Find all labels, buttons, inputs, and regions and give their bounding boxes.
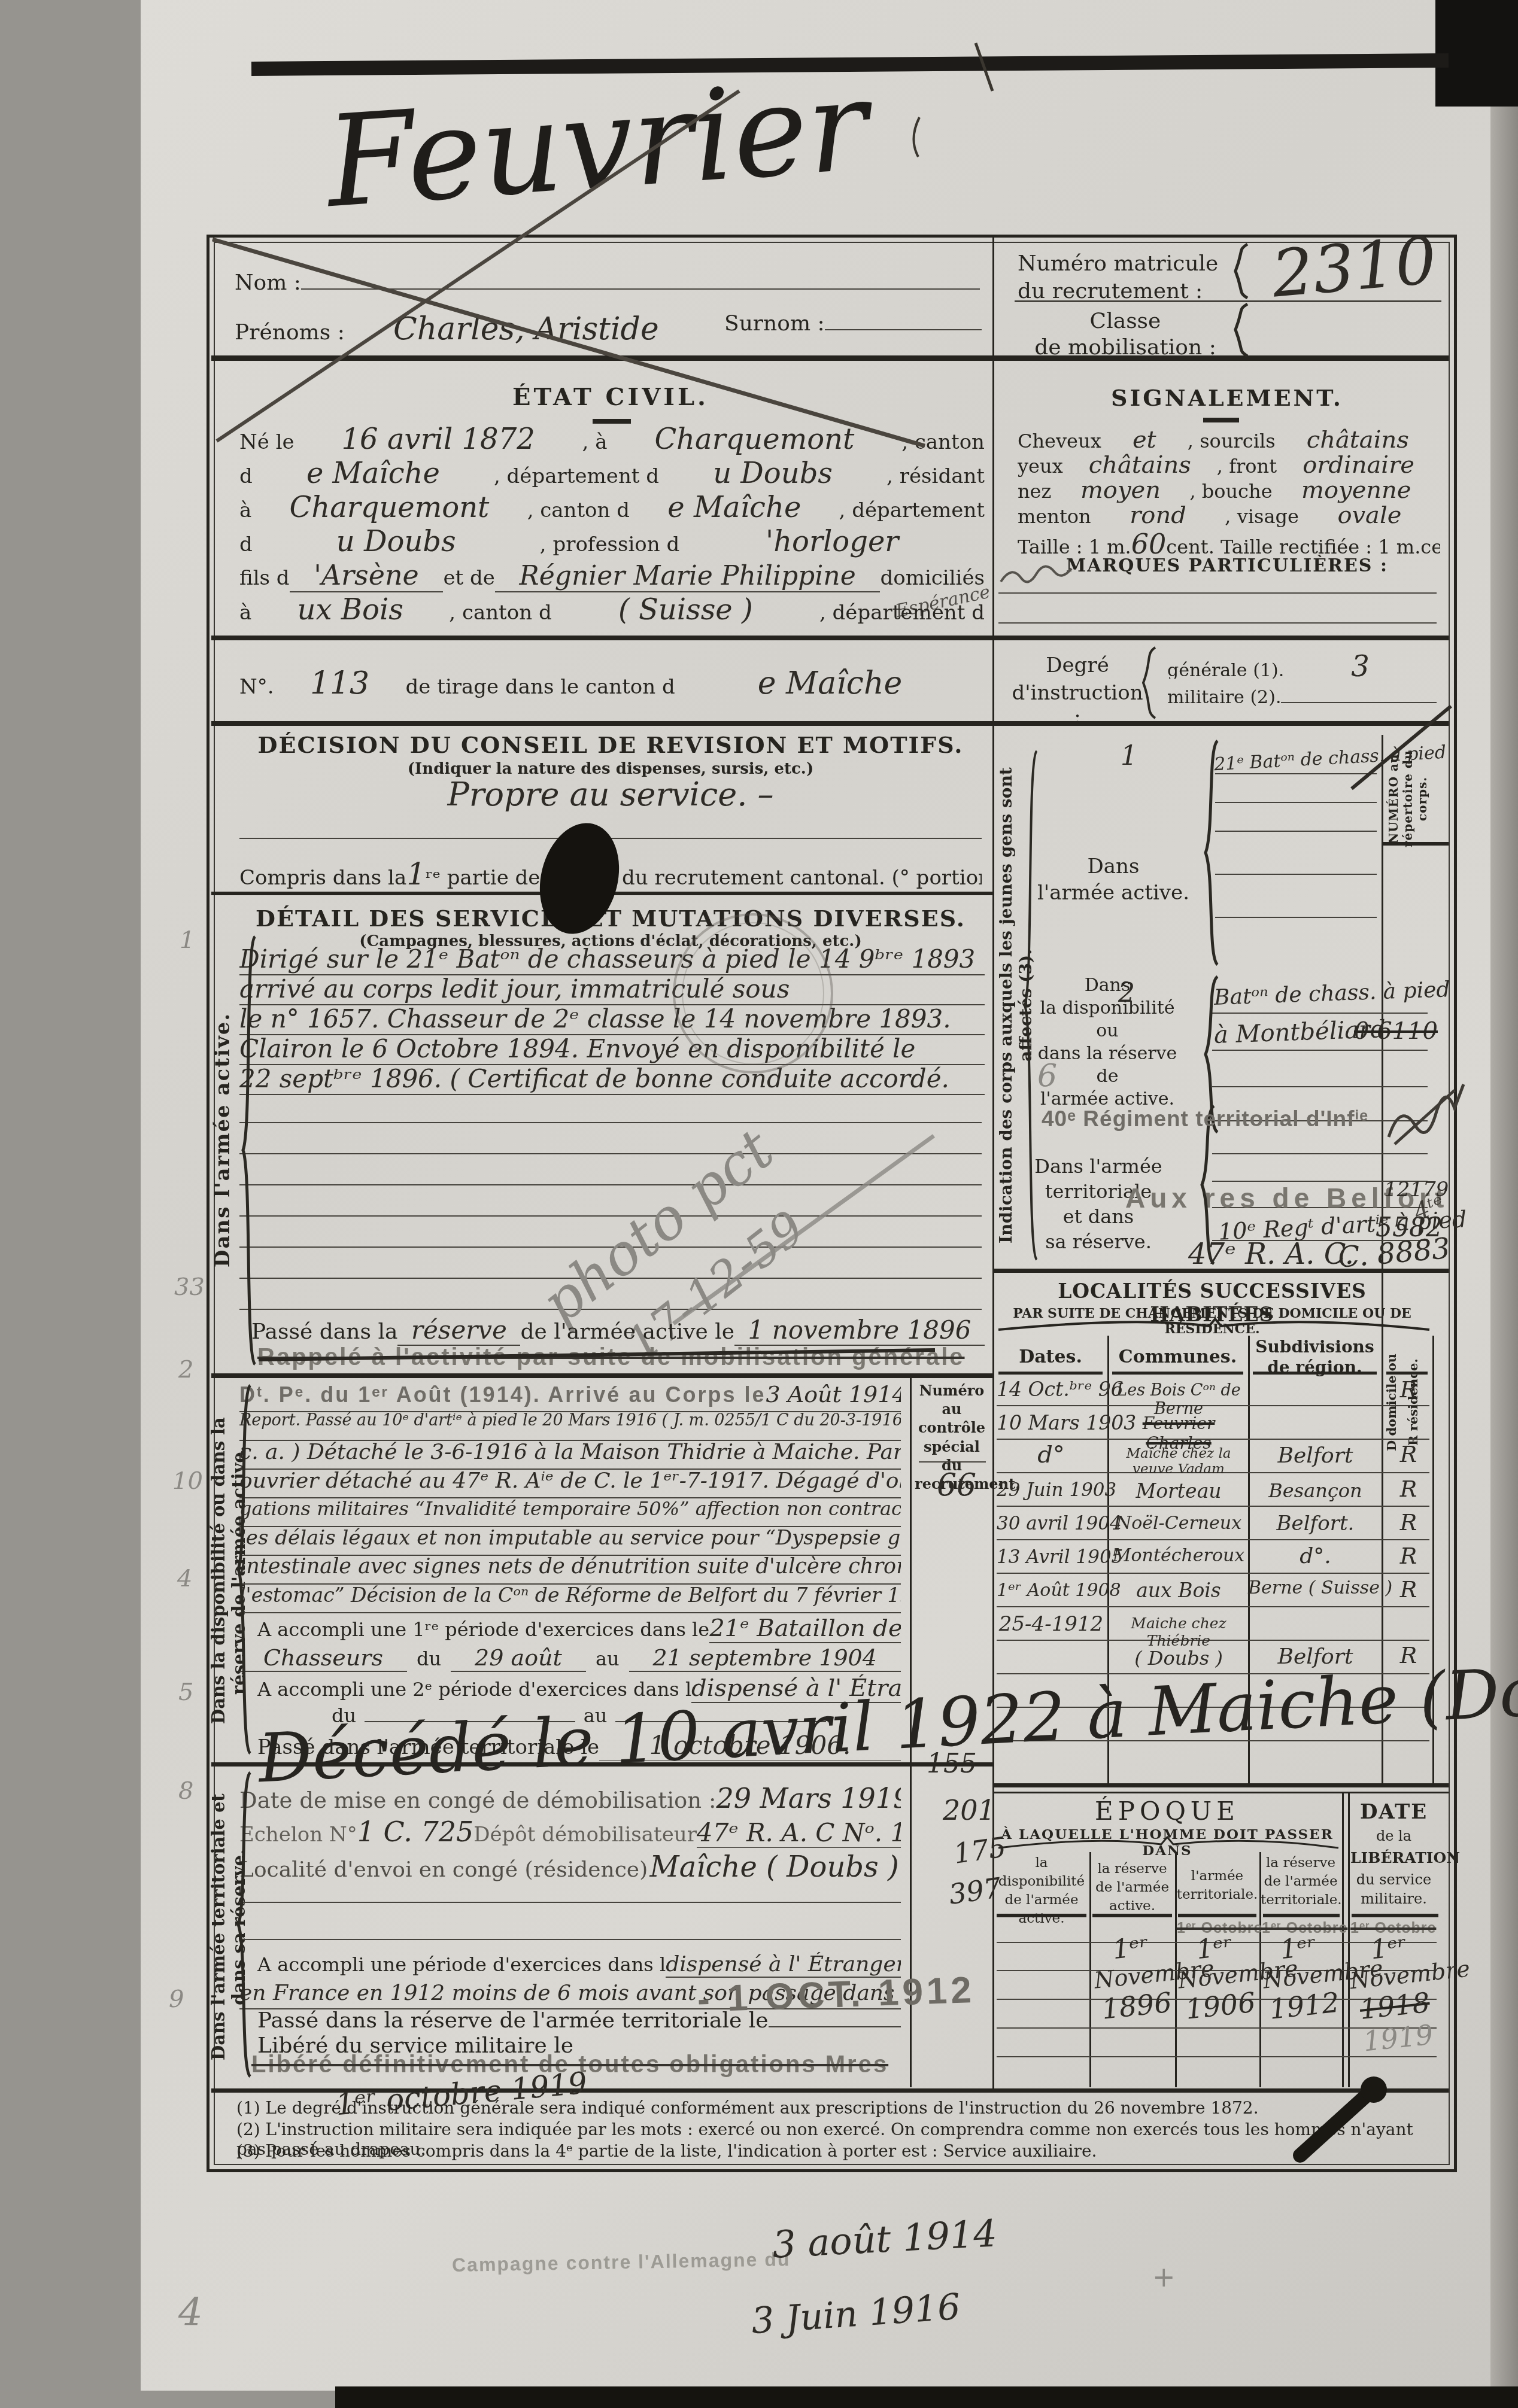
signalement-dash <box>1203 418 1239 422</box>
passe-value-1: réserve <box>397 1315 520 1346</box>
loc-commune: ( Doubs ) <box>1110 1647 1247 1670</box>
svc-line-2: arrivé au corps ledit jour, immatriculé … <box>239 974 985 1005</box>
margin-number-201: 201 <box>943 1794 995 1826</box>
epoque-col-header-3: l'armée territoriale. <box>1176 1867 1258 1904</box>
loc-dr: R <box>1388 1543 1429 1569</box>
svc-empty-rule <box>239 1215 982 1217</box>
periode1b-date2: 21 septembre 1904 <box>629 1644 901 1672</box>
ec-label: , département d <box>494 464 659 488</box>
compris-label-3: ° portion). <box>900 866 982 890</box>
epoque-header-rule <box>997 1914 1086 1917</box>
tirage-number: 113 <box>274 665 406 701</box>
localites-h-communes: Communes. <box>1107 1346 1248 1367</box>
degre-militaire-row: militaire (2). <box>1167 687 1437 713</box>
loc-commune: aux Bois <box>1110 1579 1247 1602</box>
localite-envoi-value: Maîche ( Doubs ) <box>648 1850 901 1884</box>
compris-value: 1 <box>406 857 426 892</box>
nom-row: Nom : <box>235 270 980 305</box>
terr-empty-rule-2 <box>239 1939 901 1940</box>
loc-dr: R <box>1388 1376 1429 1403</box>
surnom-line <box>825 329 982 330</box>
localites-h-dates: Dates. <box>994 1346 1107 1367</box>
ec-label: d <box>239 533 253 557</box>
footnote-3: (3) Pour les hommes compris dans la 4ᵉ p… <box>236 2141 1446 2161</box>
ec-value: 'Arsène <box>290 559 444 592</box>
svc-empty-rule <box>239 1184 982 1185</box>
dp-line-4: gations militaires “Invalidité temporair… <box>239 1497 901 1527</box>
periode1b-corps: Chasseurs <box>239 1644 407 1672</box>
localite-envoi-row: Localité d'envoi en congé (résidence) Ma… <box>239 1850 901 1884</box>
periode1b-date1: 29 août <box>451 1644 586 1672</box>
degre-militaire-label: militaire (2). <box>1167 687 1281 708</box>
margin-pencil-4: 4 <box>177 1565 192 1592</box>
tirage-canton: e Maîche <box>675 665 985 701</box>
ec-label: Né le <box>239 430 295 454</box>
ec-label: d <box>239 464 253 488</box>
sig-label: , visage <box>1225 505 1299 528</box>
ec-label: à <box>239 601 251 625</box>
marques-rule-1 <box>998 592 1437 594</box>
sig-value: châtains <box>1276 426 1440 452</box>
epoque-col-header-2: la réserve de l'armée active. <box>1091 1860 1174 1916</box>
ec-value: Charquemont <box>608 422 902 456</box>
services-title: DÉTAIL DES SERVICES ET MUTATIONS DIVERSE… <box>239 905 982 932</box>
sig-row-4: menton rond , visage ovale <box>1018 501 1440 528</box>
localites-row-rule <box>997 1539 1429 1540</box>
ec-value: 16 avril 1872 <box>295 422 582 456</box>
loc-date: 1ᵉʳ Août 1908 <box>997 1580 1106 1601</box>
loc-commune: Maiche chez Thiébrie <box>1110 1615 1247 1649</box>
compris-label-2: ʳᵉ partie de la liste du recrutement can… <box>426 866 900 890</box>
periode2-label: A accompli une 2ᵉ période d'exercices da… <box>257 1678 691 1701</box>
epoque-value-reserve-active: 1ᵉʳ Novembre 1896 <box>1090 1929 1178 2026</box>
bottom-scan-strip <box>335 2386 1518 2408</box>
svc-line-5: 22 septᵇʳᵉ 1896. ( Certificat de bonne c… <box>239 1064 985 1095</box>
margin-pencil-1: 1 <box>180 926 195 954</box>
periode1b-au: au <box>586 1647 629 1670</box>
nom-label: Nom : <box>235 270 301 295</box>
dp-line-7: l'estomac” Décision de la Cᵒⁿ de Réforme… <box>239 1583 901 1613</box>
ec-value: u Doubs <box>253 525 540 558</box>
etat-civil-title: ÉTAT CIVIL. <box>239 383 982 411</box>
loc-date: 14 Oct.ᵇʳᵉ 96 <box>997 1378 1106 1401</box>
sig-value: ordinaire <box>1277 451 1440 478</box>
ec-line-6: à ux Bois , canton d ( Suisse ) , départ… <box>239 593 985 627</box>
loc-commune: Morteau <box>1110 1479 1247 1503</box>
localites-header-rule <box>1112 1372 1243 1375</box>
margin-pencil-2: 2 <box>178 1356 193 1384</box>
footnote-1: (1) Le degré d'instruction générale sera… <box>236 2098 1446 2118</box>
rule-under-services <box>211 1373 992 1378</box>
ec-line-1: Né le 16 avril 1872 , à Charquemont , ca… <box>239 422 985 456</box>
corps-s2-struck-number: 0 6110 <box>1354 1017 1438 1045</box>
corps-s3-value-3: 47ᵉ R. A. C. <box>1188 1238 1354 1271</box>
tirage-label-1: N°. <box>239 675 274 699</box>
pencil-plus-mark: + <box>1152 2261 1176 2293</box>
margin-label-armee-active: Dans l'armée active. <box>211 934 238 1346</box>
sig-value: ovale <box>1299 501 1440 528</box>
localites-header-rule <box>998 1372 1103 1375</box>
dp-stamp-row: Dᵗ. Pᵉ. du 1ᵉʳ Août (1914). Arrivé au Co… <box>239 1381 901 1412</box>
passe-res-terr-label: Passé dans la réserve de l'armée territo… <box>257 2008 769 2033</box>
localites-header-rule <box>1386 1372 1428 1375</box>
loc-subdiv: Belfort <box>1251 1443 1380 1468</box>
loc-dr: R <box>1388 1476 1429 1502</box>
sig-value: et <box>1101 426 1188 452</box>
terr-periode-label: A accompli une période d'exercices dans … <box>257 1953 666 1976</box>
ec-label: , département d <box>819 601 985 625</box>
degre-generale-row: générale (1). 3 <box>1167 650 1437 679</box>
controle-rule <box>919 1461 986 1463</box>
nom-line <box>301 288 980 290</box>
epoque-col-header-4: la réserve de l'armée territoriale. <box>1261 1854 1341 1910</box>
svc-line-4: Clairon le 6 Octobre 1894. Envoyé en dis… <box>239 1034 985 1065</box>
ec-label: à <box>239 498 251 522</box>
degre-militaire-line <box>1281 702 1437 703</box>
periode1b-du: du <box>407 1647 451 1670</box>
periode1b-row: Chasseurs du 29 août au 21 septembre 190… <box>239 1644 901 1674</box>
echelon-row: Echelon N° 1 C. 725 Dépôt démobilisateur… <box>239 1816 901 1848</box>
sig-label: menton <box>1018 505 1091 528</box>
surnom-label: Surnom : <box>724 311 825 336</box>
echelon-value: 1 C. 725 <box>357 1816 474 1848</box>
marques-title: MARQUES PARTICULIÈRES : <box>1013 555 1441 576</box>
periode1-label: A accompli une 1ʳᵉ période d'exercices d… <box>257 1618 709 1641</box>
ec-line-5: fils d 'Arsène et de Régnier Marie Phili… <box>239 559 985 592</box>
loc-subdiv: Belfort. <box>1251 1512 1380 1536</box>
corps-s1-rule <box>1215 802 1377 803</box>
ec-label: , à <box>582 430 608 454</box>
epoque-header-rule <box>1352 1914 1438 1917</box>
dp-line-1: Report. Passé au 10ᵉ d'artⁱᵉ à pied le 2… <box>239 1411 901 1441</box>
ec-value: e Maîche <box>630 491 839 524</box>
ec-value: e Maîche <box>253 457 494 490</box>
ec-line-4: d u Doubs , profession d 'horloger <box>239 525 985 558</box>
decision-value-row: Propre au service. – <box>239 776 982 811</box>
depot-value: 47ᵉ R. A. C Nᵒ. 10978 <box>697 1818 901 1848</box>
loc-dr: R <box>1388 1576 1429 1603</box>
sig-label: nez <box>1018 480 1051 503</box>
dp-hw0: 3 Août 1914 aux auxiliaires de <box>766 1381 901 1407</box>
loc-date: 25-4-1912 <box>997 1612 1106 1636</box>
sig-label: , bouche <box>1189 480 1272 503</box>
margin-pencil-8: 8 <box>178 1777 193 1805</box>
decision-value: Propre au service. – <box>239 776 982 811</box>
sig-label: Cheveux <box>1018 430 1101 452</box>
matricule-value: 2310 <box>1269 223 1440 312</box>
sig-value: châtains <box>1063 451 1217 478</box>
svc-empty-rule <box>239 1153 982 1154</box>
taille-label: Taille : 1 m. <box>1018 536 1131 557</box>
pencil-4-bottom: 4 <box>178 2291 203 2335</box>
epoque-title: ÉPOQUE <box>994 1796 1341 1826</box>
epoque-value-territoriale: 1ᵉʳ Novembre 1906 <box>1174 1929 1262 2026</box>
rule-under-etatcivil <box>211 636 1449 640</box>
epoque-value-liberation: 1ᵉʳ Novembre 1918 1919 <box>1346 1929 1441 2059</box>
corps-s3-rule <box>1212 1153 1428 1154</box>
sig-label: yeux <box>1018 455 1063 478</box>
svc-line-1: Dirigé sur le 21ᵉ Batᵒⁿ de chasseurs à p… <box>239 944 985 975</box>
svc-line-3: le n° 1657. Chasseur de 2ᵉ classe le 14 … <box>239 1004 985 1035</box>
sig-row-1: Cheveux et , sourcils châtains <box>1018 426 1440 452</box>
loc-commune: Montécheroux <box>1110 1545 1247 1566</box>
loc-subdiv: Berne ( Suisse ) <box>1248 1577 1383 1598</box>
prenoms-value: Charles, Aristide <box>345 311 708 346</box>
ec-line-3: à Charquemont , canton d e Maîche , dépa… <box>239 491 985 524</box>
sig-row-2: yeux châtains , front ordinaire <box>1018 451 1440 478</box>
corps-s2-rule <box>1212 1050 1428 1051</box>
degre-label-1: Degré <box>1018 653 1137 677</box>
ec-value: ( Suisse ) <box>552 593 819 627</box>
loc-commune: Maîche chez la veuve Vadam <box>1110 1446 1247 1477</box>
tirage-row: N°. 113 de tirage dans le canton d e Maî… <box>239 665 985 701</box>
classe-label: Classe de mobilisation : <box>1018 308 1233 361</box>
sig-label: , front <box>1217 455 1277 478</box>
ec-label: , département <box>839 498 985 522</box>
signalement-title: SIGNALEMENT. <box>1013 384 1441 411</box>
sig-value: moyen <box>1051 476 1189 503</box>
ec-label: et de <box>443 566 494 590</box>
dp-line-5: les délais légaux et non imputable au se… <box>239 1526 901 1556</box>
sig-value: rond <box>1091 501 1225 528</box>
echelon-label: Echelon N° <box>239 1823 357 1847</box>
localite-envoi-label: Localité d'envoi en congé (résidence) <box>239 1857 648 1882</box>
matricule-label: Numéro matricule du recrutement : <box>1018 250 1218 305</box>
terr-empty-rule-1 <box>239 1902 901 1903</box>
passe-res-terr-line <box>769 2026 901 2027</box>
corps-s1-rule <box>1215 831 1377 832</box>
epoque-header-rule <box>1263 1914 1340 1917</box>
surnom-row: Surnom : <box>724 311 982 346</box>
passe-reserve-row: Passé dans la réserve de l'armée active … <box>251 1315 985 1348</box>
scanned-military-record: Feuvrier Nom : Prénoms : Charles, Aristi… <box>0 0 1518 2408</box>
marques-rule-2 <box>998 622 1437 624</box>
margin-pencil-10: 10 <box>172 1467 203 1495</box>
decision-rule-2 <box>239 838 982 839</box>
corps-s1-num: 1 <box>1121 741 1137 771</box>
loc-date: 29 Juin 1903 <box>997 1479 1106 1501</box>
ec-value: u Doubs <box>659 457 886 490</box>
prenoms-label: Prénoms : <box>235 320 345 345</box>
loc-date: 30 avril 1904 <box>997 1513 1106 1534</box>
corps-s1-rule <box>1215 874 1377 875</box>
stamp-40e-regiment: 40ᵉ Régiment territorial d'Infⁱᵉ <box>1042 1106 1368 1132</box>
corps-s2-rule <box>1212 1013 1428 1014</box>
localites-row-rule <box>997 1506 1429 1507</box>
degre-label-2: d'instruction : <box>1006 681 1149 729</box>
ec-label: , canton d <box>527 498 630 522</box>
sig-label: , sourcils <box>1188 430 1276 452</box>
dp-line-3: ouvrier détaché au 47ᵉ R. Aⁱᵉ de C. le 1… <box>239 1468 901 1498</box>
margin-pencil-9: 9 <box>169 1986 184 2013</box>
epoque-date-line-1 <box>1342 1793 1344 2087</box>
ec-value: 'horloger <box>679 525 985 558</box>
rule-under-localites <box>992 1783 1449 1787</box>
epoque-header-rule <box>1178 1914 1256 1917</box>
compris-label-1: Compris dans la <box>239 866 406 890</box>
ec-label: , résidant <box>886 464 985 488</box>
demob-value: 29 Mars 1919 <box>716 1782 901 1814</box>
rule-under-decision <box>211 892 992 895</box>
dp-stamp: Dᵗ. Pᵉ. du 1ᵉʳ Août (1914). Arrivé au Co… <box>239 1382 766 1407</box>
localites-subtitle: PAR SUITE DE CHANGEMENTS DE DOMICILE OU … <box>994 1306 1431 1337</box>
ec-value: Charquemont <box>251 491 527 524</box>
corps-s1-rule <box>1215 917 1377 918</box>
localites-header-rule <box>1253 1372 1377 1375</box>
ec-value: ux Bois <box>251 593 449 627</box>
page-right-edge-shadow <box>1490 105 1518 2388</box>
degre-generale-label: générale (1). <box>1167 660 1284 679</box>
corps-s1-label-1: Dans <box>1030 855 1197 878</box>
sig-value: moyenne <box>1273 476 1440 503</box>
loc-subdiv: d°. <box>1251 1544 1380 1568</box>
compris-row: Compris dans la 1 ʳᵉ partie de la liste … <box>239 857 982 892</box>
corps-pencil-6: 6 <box>1037 1058 1057 1094</box>
localites-row-rule <box>997 1606 1429 1607</box>
ec-value: Régnier Marie Philippine <box>495 561 880 592</box>
dp-line-2: c. a. ) Détaché le 3-6-1916 à la Maison … <box>239 1440 901 1470</box>
controle-value: 66 <box>937 1467 976 1503</box>
degre-generale-value: 3 <box>1284 650 1437 679</box>
sig-taille-row: Taille : 1 m. 60 cent. Taille rectifiée … <box>1018 528 1440 557</box>
ec-line-2: d e Maîche , département d u Doubs , rés… <box>239 457 985 490</box>
dp-line-6: intestinale avec signes nets de dénutrit… <box>239 1555 901 1585</box>
svc-empty-rule <box>239 1309 982 1310</box>
rule-under-tirage <box>211 721 1449 726</box>
loc-dr: R <box>1388 1509 1429 1536</box>
taille-rectifiee-label: cent. Taille rectifiée : 1 m. <box>1166 536 1420 557</box>
loc-subdiv: Besançon <box>1251 1479 1380 1502</box>
periode1-row: A accompli une 1ʳᵉ période d'exercices d… <box>257 1615 901 1644</box>
loc-dr: R <box>1388 1441 1429 1467</box>
loc-commune: Noël-Cerneux <box>1110 1513 1247 1534</box>
epoque-header-rule <box>1092 1914 1172 1917</box>
passe-label-2: de l'armée active le <box>520 1319 734 1344</box>
passe-value-2: 1 novembre 1896 <box>734 1315 985 1346</box>
rule-under-name-band <box>211 355 1449 361</box>
rappele-stamp: Rappelé à l'activité par suite de mobili… <box>257 1344 965 1371</box>
ec-label: , profession d <box>540 533 680 557</box>
passe-label-1: Passé dans la <box>251 1319 397 1344</box>
rule-epoque-top-thin <box>992 1792 1449 1793</box>
corps-s1-label-2: l'armée active. <box>1030 881 1197 905</box>
svc-empty-rule <box>239 1122 982 1123</box>
prenoms-row: Prénoms : Charles, Aristide <box>235 311 708 346</box>
corps-s3-rule <box>1212 1086 1428 1087</box>
depot-label: Dépôt démobilisateur <box>473 1823 697 1847</box>
tirage-label-2: de tirage dans le canton d <box>406 675 675 699</box>
corps-s1-rule <box>1215 773 1377 774</box>
margin-pencil-33: 33 <box>174 1273 205 1301</box>
loc-date: 10 Mars 1903 <box>997 1411 1106 1434</box>
localites-row-rule <box>997 1573 1429 1574</box>
ec-label: , canton <box>901 430 985 454</box>
epoque-value-reserve-terr: 1ᵉʳ Novembre 1912 <box>1259 1929 1344 2026</box>
matricule-rule <box>1015 300 1441 302</box>
periode1-value: 21ᵉ Bataillon de <box>709 1615 901 1643</box>
taille-cent-label: cent. <box>1420 536 1440 557</box>
loc-date: 13 Avril 1905 <box>997 1546 1106 1568</box>
margin-pencil-5: 5 <box>178 1679 193 1706</box>
epoque-date-header: DATE de la LIBÉRATION du service militai… <box>1350 1800 1437 1907</box>
ec-label: , canton d <box>449 601 551 625</box>
ec-label: fils d <box>239 566 290 590</box>
loc-date: d° <box>997 1441 1106 1468</box>
decision-title: DÉCISION DU CONSEIL DE REVISION ET MOTIF… <box>239 731 982 758</box>
localites-h-subdiv-1: Subdivisions <box>1248 1337 1382 1357</box>
sig-row-3: nez moyen , bouche moyenne <box>1018 476 1440 503</box>
taille-value: 60 <box>1131 528 1167 557</box>
